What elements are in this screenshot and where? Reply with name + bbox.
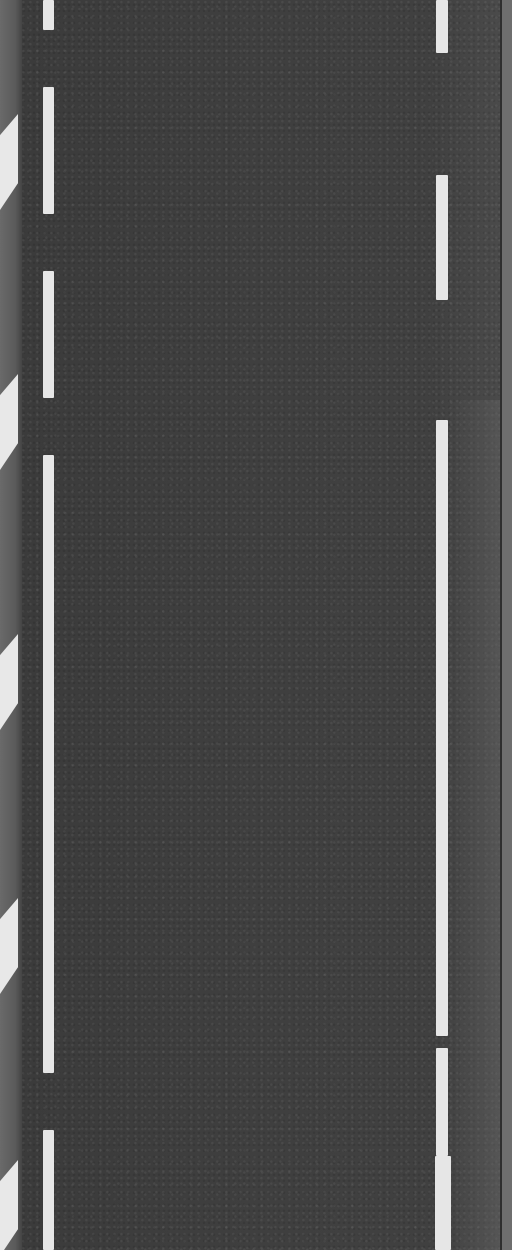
right-shoulder-patch: [450, 400, 500, 1250]
left-lane-solid: [43, 455, 54, 1073]
left-lane-dash: [43, 0, 54, 30]
road-scene: Top-down view of an asphalt road lane wi…: [0, 0, 512, 1250]
right-lane-dash: [436, 175, 448, 300]
left-lane-solid: [43, 1130, 54, 1250]
asphalt-lane: [22, 0, 500, 1250]
left-lane-dash: [43, 271, 54, 398]
right-lane-solid: [436, 1048, 448, 1156]
right-curb: [500, 0, 512, 1250]
right-lane-solid: [436, 420, 448, 1036]
right-lane-solid-wide: [435, 1156, 451, 1250]
right-lane-dash: [436, 0, 448, 53]
left-lane-dash: [43, 87, 54, 214]
